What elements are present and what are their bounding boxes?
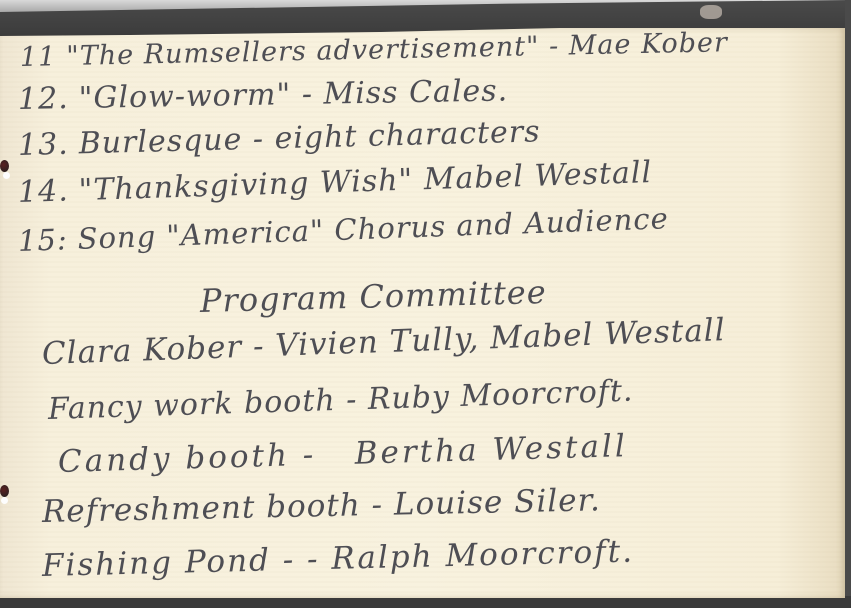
item-number: 11 xyxy=(20,41,57,73)
separator: - xyxy=(360,487,394,524)
booth-name: Refreshment booth xyxy=(42,487,361,530)
album-board-right xyxy=(845,0,851,608)
booth-name: Candy booth xyxy=(57,438,290,480)
paper-stain xyxy=(700,5,722,19)
item-text: "Glow-worm" - Miss Cales. xyxy=(78,73,508,115)
separator: - xyxy=(289,436,355,474)
booth-name: Fishing Pond xyxy=(42,542,272,584)
booth-person: Bertha Westall xyxy=(354,428,628,472)
separator: - - xyxy=(270,541,331,578)
item-number: 15: xyxy=(17,222,68,258)
item-number: 14. xyxy=(17,173,69,210)
item-number: 12. xyxy=(18,81,69,117)
item-number: 13. xyxy=(18,127,70,163)
booth-person: Ralph Moorcroft. xyxy=(331,534,634,577)
booth-person: Louise Siler. xyxy=(394,482,602,522)
binding-hole-icon xyxy=(0,485,9,497)
binding-hole-icon xyxy=(0,160,9,172)
binding-hole-icon xyxy=(3,172,10,179)
separator: - xyxy=(335,382,368,418)
binding-hole-icon xyxy=(1,497,8,504)
